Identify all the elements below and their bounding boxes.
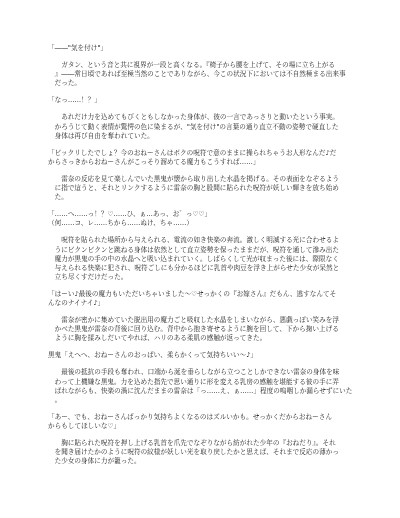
text-line: ばれながらも、快楽の渦に沈んだままの雷奈は「っ……え、ぁ……」程度の嗚咽しか漏ら… bbox=[48, 387, 354, 396]
paragraph: 最後の抵抗の手段も奪われ、口端から涎を垂らしながら立つことしかできない雷奈の身体… bbox=[48, 368, 354, 404]
paragraph: ガタン、という音と共に視界が一段と高くなる。『椅子から腰を上げて、その場に立ち上… bbox=[48, 61, 354, 88]
text-line: 「あー、でも、おねーさんばっかり気持ちよくなるのはズルいかも。せっかくだからおね… bbox=[48, 413, 354, 422]
text-line: 胸に貼られた呪符を押し上げる乳首を爪先でなぞりながら紡がれた少年の『おねだり』。… bbox=[48, 439, 354, 448]
text-line: 「――"気を付け"」 bbox=[48, 44, 354, 53]
text-line: ように胸を揉みしだいてやれば、ハリのある柔肌の感触が返ってきた。 bbox=[48, 334, 354, 343]
text-line: からさっきからおねーさんがこっそり溜めてる魔力もこうすれば……」 bbox=[48, 158, 354, 167]
text-line: あれだけ力を込めてもびくともしなかった身体が、彼の一言であっさりと動いたという事… bbox=[48, 113, 354, 122]
document-page: 「――"気を付け"」 ガタン、という音と共に視界が一段と高くなる。『椅子から腰を… bbox=[48, 44, 354, 474]
text-line: 黒鬼「えへへ、おねーさんのおっぱい、柔らかくって気持ちいい～♪」 bbox=[48, 351, 354, 360]
text-line: からもしてほしいな♡」 bbox=[48, 422, 354, 431]
paragraph: 胸に貼られた呪符を押し上げる乳首を爪先でなぞりながら紡がれた少年の『おねだり』。… bbox=[48, 439, 354, 466]
text-line: わって上機嫌な黒鬼。力を込めた指先で思い通りに形を変える乳房の感触を堪能する彼の… bbox=[48, 378, 354, 387]
dialog-line: 黒鬼「えへへ、おねーさんのおっぱい、柔らかくって気持ちいい～♪」 bbox=[48, 351, 354, 360]
text-line: 魔力が黒鬼の手の中の水晶へと吸い込まれていく。しばらくして光が収まった後には、際… bbox=[48, 255, 354, 264]
dialog-line: 「はーい♪最後の魔力もいただいちゃいました～♡せっかくの『お嫁さん』だもん、逃す… bbox=[48, 290, 354, 308]
text-line: かろうじて動く表情が驚愕の色に染まるが、"気を付け"の言葉の通り直立不動の姿勢で… bbox=[48, 123, 354, 132]
text-line: （何……コ、レ……ちから……ぬけ、ちゃ……） bbox=[48, 219, 354, 228]
text-line: 呪符を貼られた場所から与えられる、電流の如き快楽の奔流。激しく明滅する光に合わせ… bbox=[48, 236, 354, 245]
text-line: 「ビックリしたでしょ？今のおねーさんはボクの呪符で意のままに操られちゃうお人形な… bbox=[48, 149, 354, 158]
dialog-line: 「ビックリしたでしょ？今のおねーさんはボクの呪符で意のままに操られちゃうお人形な… bbox=[48, 149, 354, 167]
paragraph: あれだけ力を込めてもびくともしなかった身体が、彼の一言であっさりと動いたという事… bbox=[48, 113, 354, 140]
text-line: 最後の抵抗の手段も奪われ、口端から涎を垂らしながら立つことしかできない雷奈の身体… bbox=[48, 368, 354, 377]
text-line: 身体は再び自由を奪われていた。 bbox=[48, 132, 354, 141]
paragraph: 雷奈の反応を見て楽しんでいた黒鬼が懐から取り出した水晶を掲げる。その表面をなぞる… bbox=[48, 175, 354, 202]
text-line: 「はーい♪最後の魔力もいただいちゃいました～♡せっかくの『お嫁さん』だもん、逃す… bbox=[48, 290, 354, 299]
dialog-line: 「あー、でも、おねーさんばっかり気持ちよくなるのはズルいかも。せっかくだからおね… bbox=[48, 413, 354, 431]
text-line: に指で這うと、それとリンクするように雷奈の胸と股間に貼られた呪符が妖しい輝きを放… bbox=[48, 184, 354, 193]
dialog-line: 「……へ……っ！？♡……ひ、ぁ…あっ、お゛っ♡♡」 （何……コ、レ……ちから……… bbox=[48, 210, 354, 228]
text-line: 雷奈の反応を見て楽しんでいた黒鬼が懐から取り出した水晶を掲げる。その表面をなぞる… bbox=[48, 175, 354, 184]
text-line: んなのナイナイ♪」 bbox=[48, 299, 354, 308]
paragraph: 雷奈が密かに集めていた脱出用の魔力ごと吸収した水晶をしまいながら、悪戯っぽい笑み… bbox=[48, 316, 354, 343]
paragraph: 呪符を貼られた場所から与えられる、電流の如き快楽の奔流。激しく明滅する光に合わせ… bbox=[48, 236, 354, 281]
text-line: を聞き届けたかのように呪符の紋様が妖しい光を取り戻したかと思えば、それまで反応の… bbox=[48, 448, 354, 457]
text-line: かべた黒鬼が雷奈の背後に回り込む。背中から抱き寄せるように腕を回して、下から掬い… bbox=[48, 325, 354, 334]
dialog-line: 「なっ……！？」 bbox=[48, 96, 354, 105]
text-line: た。 bbox=[48, 193, 354, 202]
dialog-line: 「――"気を付け"」 bbox=[48, 44, 354, 53]
text-line: 。 bbox=[48, 396, 354, 405]
text-line: た少女の身体に力が籠った。 bbox=[48, 457, 354, 466]
text-line: 「なっ……！？」 bbox=[48, 96, 354, 105]
text-line: 与えられる快楽に犯され、呪符ごしにも分かるほどに乳首や肉豆を浮き上がらせた少女が… bbox=[48, 264, 354, 273]
text-line: 』――常日頃であれば至極当然のことでありながら、今この状況下においては不自然極ま… bbox=[48, 70, 354, 79]
text-line: 雷奈が密かに集めていた脱出用の魔力ごと吸収した水晶をしまいながら、悪戯っぽい笑み… bbox=[48, 316, 354, 325]
text-line: ガタン、という音と共に視界が一段と高くなる。『椅子から腰を上げて、その場に立ち上… bbox=[48, 61, 354, 70]
text-line: 「……へ……っ！？♡……ひ、ぁ…あっ、お゛っ♡♡」 bbox=[48, 210, 354, 219]
text-line: うにビクンビクンと跳ねる身体は依然として直立姿勢を保ったままだが、呪符を通して滲… bbox=[48, 246, 354, 255]
text-line: 立ち尽くすだけだった。 bbox=[48, 273, 354, 282]
text-line: だった。 bbox=[48, 79, 354, 88]
